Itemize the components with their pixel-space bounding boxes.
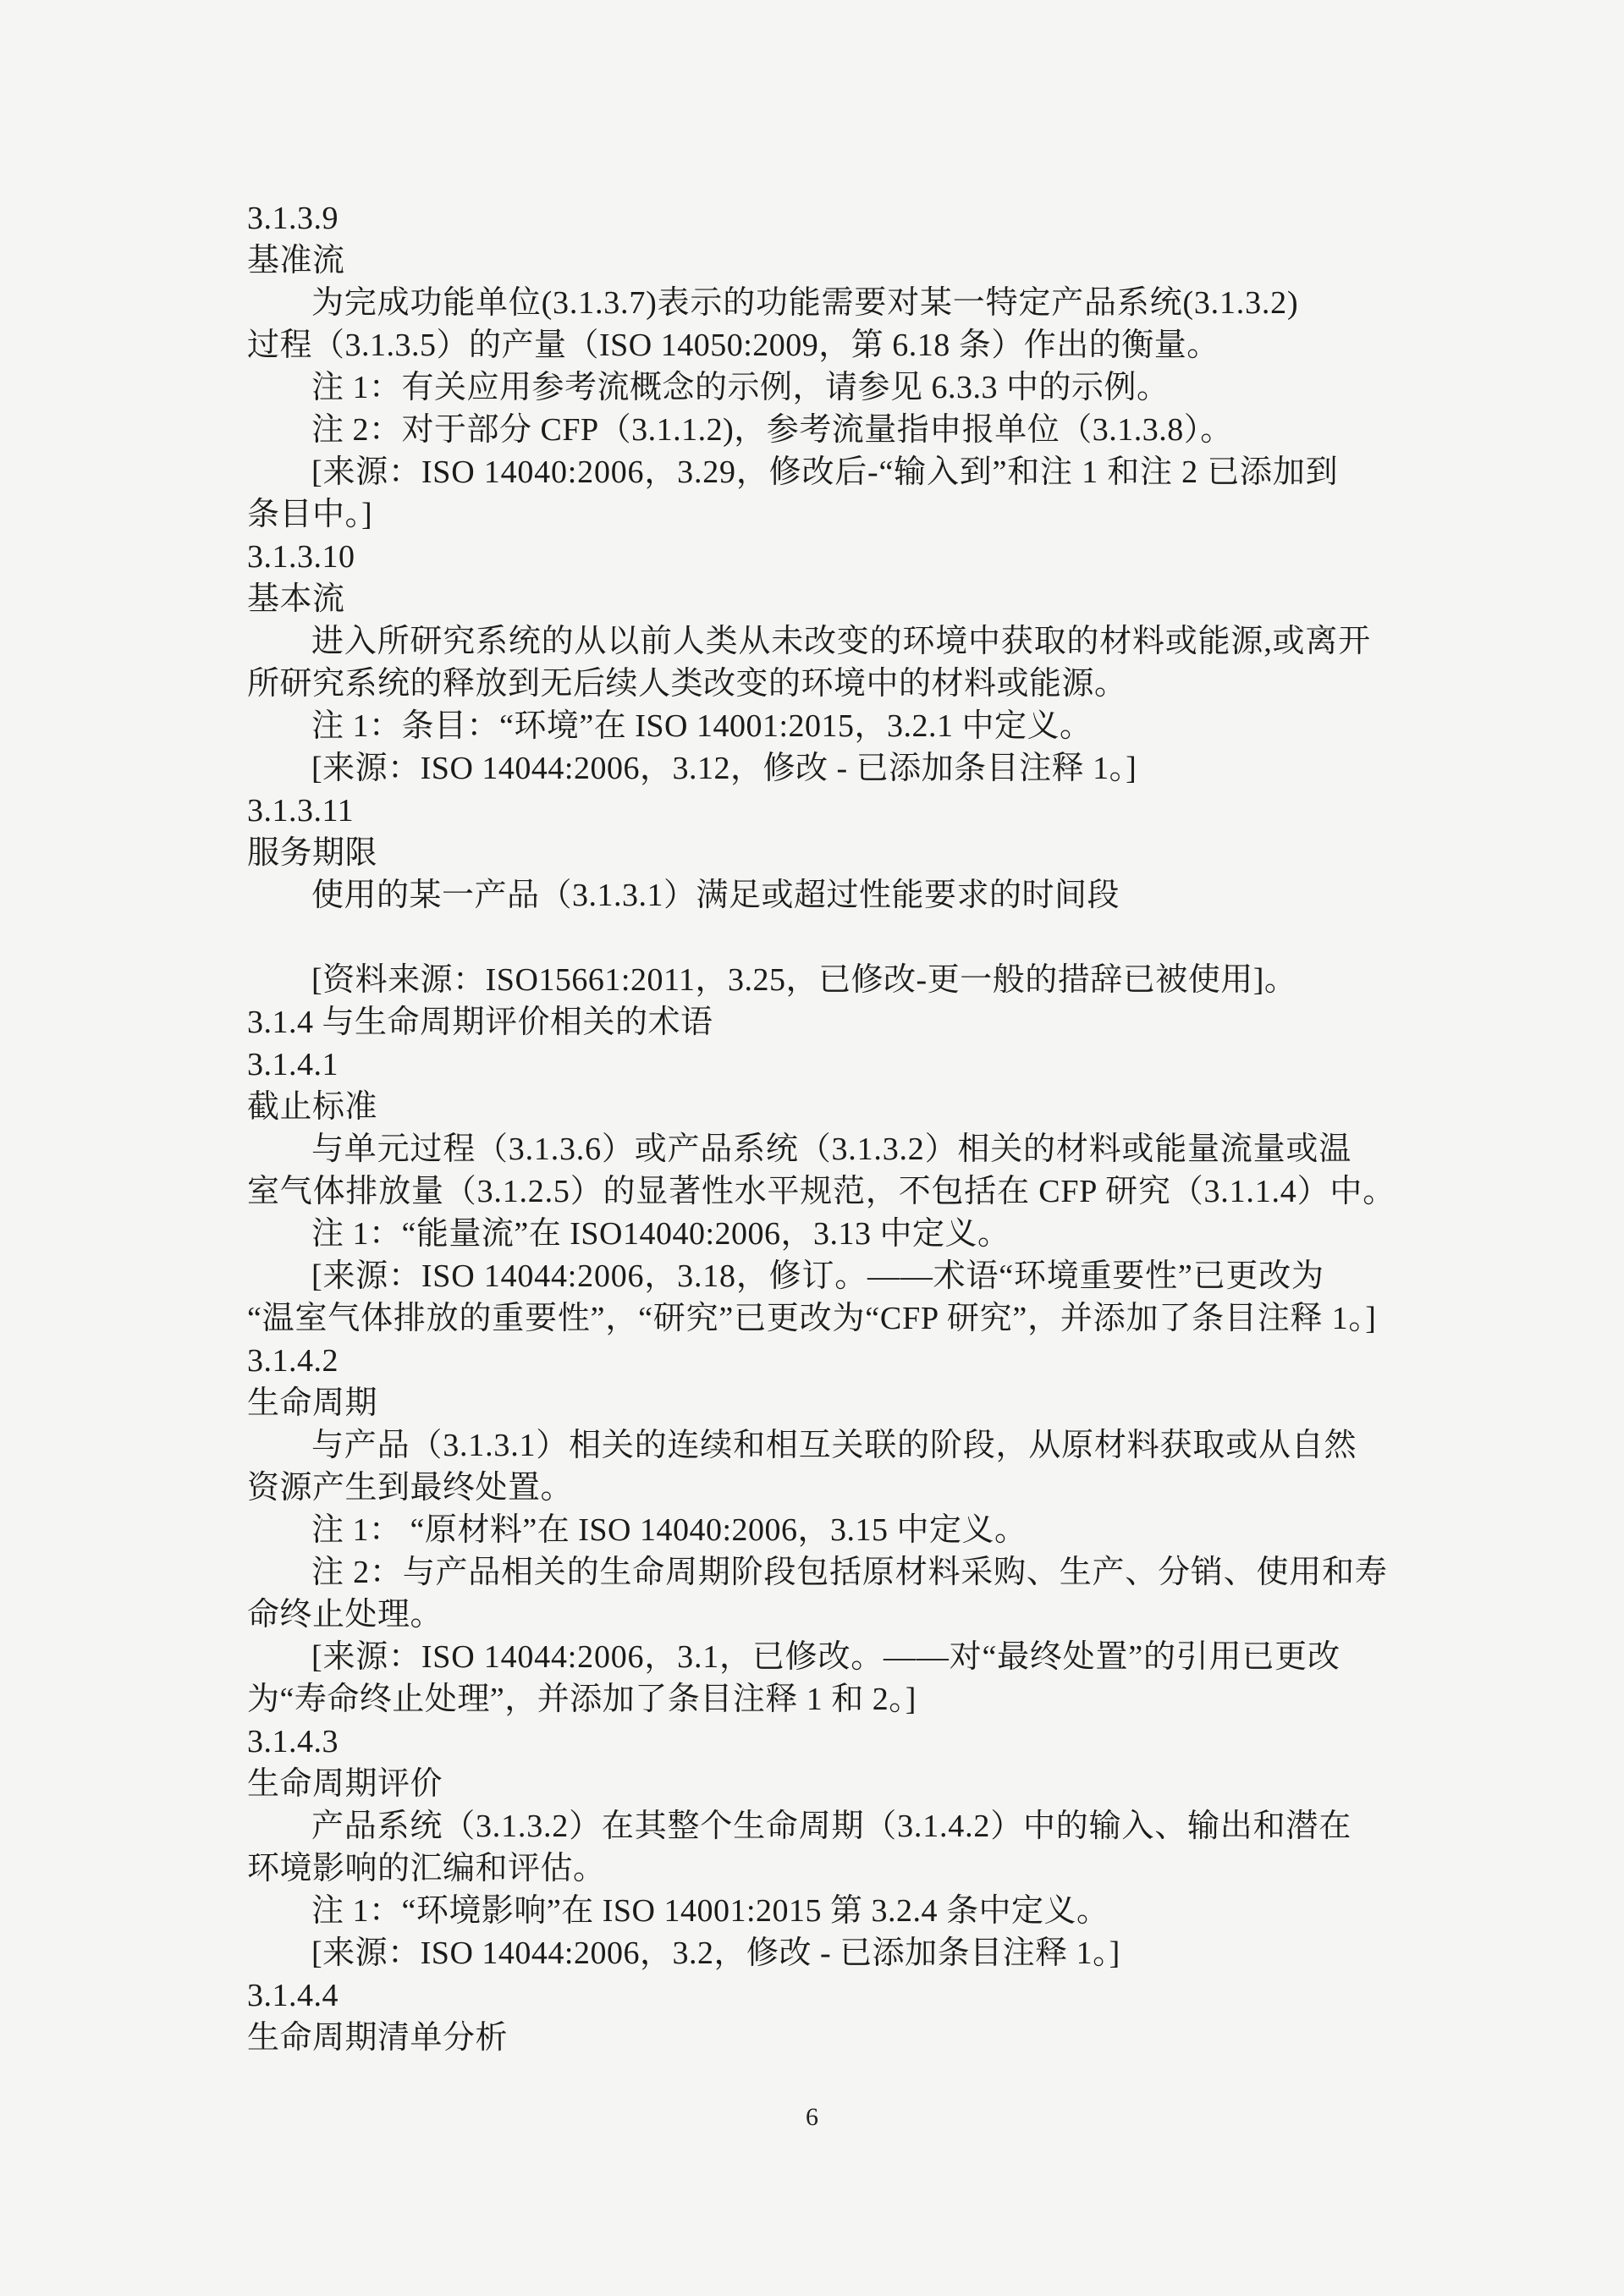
text-line: 与单元过程（3.1.3.6）或产品系统（3.1.3.2）相关的材料或能量流量或温 xyxy=(247,1128,1381,1170)
page-number: 6 xyxy=(0,2102,1624,2133)
document-page: { "page": { "background_color": "#f5f5f3… xyxy=(0,0,1624,2296)
text-line: [来源：ISO 14044:2006，3.2，修改 - 已添加条目注释 1。] xyxy=(247,1932,1381,1974)
page-background: 3.1.3.9基准流为完成功能单位(3.1.3.7)表示的功能需要对某一特定产品… xyxy=(0,0,1624,2296)
text-line: 使用的某一产品（3.1.3.1）满足或超过性能要求的时间段 xyxy=(247,874,1381,917)
text-line: 截止标准 xyxy=(247,1086,1381,1128)
text-line: [来源：ISO 14044:2006，3.12，修改 - 已添加条目注释 1。] xyxy=(247,747,1381,790)
text-line: 注 2：对于部分 CFP（3.1.1.2)，参考流量指申报单位（3.1.3.8）… xyxy=(247,409,1381,451)
text-line: 服务期限 xyxy=(247,832,1381,874)
text-line: [来源：ISO 14044:2006，3.1，已修改。——对“最终处置”的引用已… xyxy=(247,1636,1381,1678)
text-line: 环境影响的汇编和评估。 xyxy=(247,1847,1381,1890)
text-line: 3.1.3.10 xyxy=(247,536,1381,578)
text-line: [来源：ISO 14040:2006，3.29，修改后-“输入到”和注 1 和注… xyxy=(247,451,1381,493)
text-line: 注 1：条目：“环境”在 ISO 14001:2015，3.2.1 中定义。 xyxy=(247,705,1381,747)
text-line: 3.1.4.1 xyxy=(247,1043,1381,1086)
text-line: 资源产生到最终处置。 xyxy=(247,1467,1381,1509)
text-line: 基准流 xyxy=(247,240,1381,282)
text-line: 与产品（3.1.3.1）相关的连续和相互关联的阶段，从原材料获取或从自然 xyxy=(247,1424,1381,1467)
text-line: [资料来源：ISO15661:2011，3.25，已修改-更一般的措辞已被使用]… xyxy=(247,959,1381,1001)
text-line: 基本流 xyxy=(247,578,1381,620)
text-line: 3.1.3.9 xyxy=(247,197,1381,240)
text-line: 室气体排放量（3.1.2.5）的显著性水平规范，不包括在 CFP 研究（3.1.… xyxy=(247,1170,1381,1213)
text-line: 过程（3.1.3.5）的产量（ISO 14050:2009，第 6.18 条）作… xyxy=(247,324,1381,366)
text-line: 为完成功能单位(3.1.3.7)表示的功能需要对某一特定产品系统(3.1.3.2… xyxy=(247,282,1381,324)
text-line: 生命周期评价 xyxy=(247,1763,1381,1805)
text-line: 注 2：与产品相关的生命周期阶段包括原材料采购、生产、分销、使用和寿 xyxy=(247,1551,1381,1594)
text-line: 生命周期 xyxy=(247,1382,1381,1424)
text-line: 进入所研究系统的从以前人类从未改变的环境中获取的材料或能源,或离开 xyxy=(247,620,1381,663)
text-line: 产品系统（3.1.3.2）在其整个生命周期（3.1.4.2）中的输入、输出和潜在 xyxy=(247,1805,1381,1847)
text-line: 3.1.3.11 xyxy=(247,790,1381,832)
text-line: 3.1.4 与生命周期评价相关的术语 xyxy=(247,1001,1381,1043)
text-line: 条目中。] xyxy=(247,493,1381,536)
text-line: “温室气体排放的重要性”，“研究”已更改为“CFP 研究”，并添加了条目注释 1… xyxy=(247,1297,1381,1340)
text-line: 命终止处理。 xyxy=(247,1594,1381,1636)
text-line: 注 1：“能量流”在 ISO14040:2006，3.13 中定义。 xyxy=(247,1213,1381,1255)
document-body: 3.1.3.9基准流为完成功能单位(3.1.3.7)表示的功能需要对某一特定产品… xyxy=(247,197,1381,2059)
text-line: 注 1：“环境影响”在 ISO 14001:2015 第 3.2.4 条中定义。 xyxy=(247,1890,1381,1932)
text-line: 为“寿命终止处理”，并添加了条目注释 1 和 2。] xyxy=(247,1678,1381,1721)
text-line: 3.1.4.2 xyxy=(247,1340,1381,1382)
text-line: 注 1： “原材料”在 ISO 14040:2006，3.15 中定义。 xyxy=(247,1509,1381,1551)
text-line: 注 1：有关应用参考流概念的示例，请参见 6.3.3 中的示例。 xyxy=(247,366,1381,409)
text-line: 3.1.4.3 xyxy=(247,1721,1381,1763)
text-line: 所研究系统的释放到无后续人类改变的环境中的材料或能源。 xyxy=(247,663,1381,705)
text-line: 3.1.4.4 xyxy=(247,1974,1381,2017)
text-line: 生命周期清单分析 xyxy=(247,2017,1381,2059)
blank-line xyxy=(247,917,1381,959)
text-line: [来源：ISO 14044:2006，3.18，修订。——术语“环境重要性”已更… xyxy=(247,1255,1381,1297)
